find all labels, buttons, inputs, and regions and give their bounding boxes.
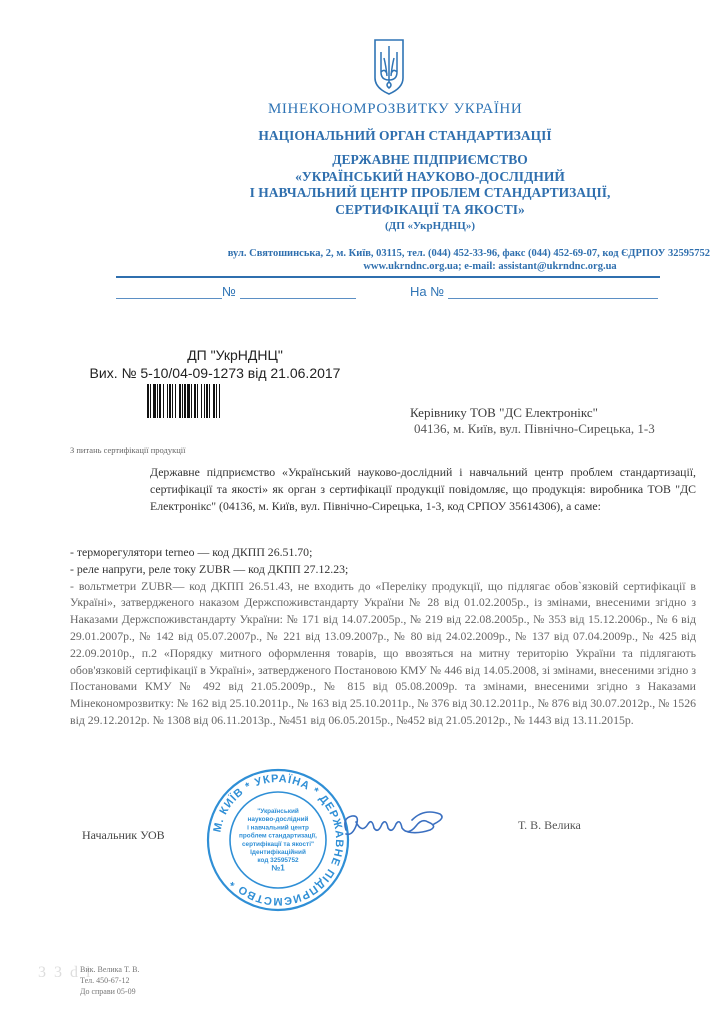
list-item: - терморегулятори terneo — код ДКПП 26.5… — [70, 544, 696, 561]
seal-center-line: №1 — [271, 863, 285, 872]
signatory-position: Начальник УОВ — [82, 828, 165, 843]
seal-center-line: науково-дослідний — [248, 815, 309, 823]
outgoing-number: Вих. № 5-10/04-09-1273 від 21.06.2017 — [70, 364, 360, 382]
barcode — [147, 384, 291, 418]
reply-number-field: На № — [410, 284, 658, 299]
address-block: вул. Святошинська, 2, м. Київ, 03115, те… — [90, 247, 710, 273]
body-intro: Державне підприємство «Український науко… — [70, 464, 696, 514]
seal-center-line: проблем стандартизації, — [239, 832, 317, 840]
intro-paragraph: Державне підприємство «Український науко… — [70, 464, 696, 514]
seal-center-line: Ідентифікаційний — [250, 848, 306, 856]
executor-line: Вик. Велика Т. В. — [80, 964, 139, 975]
number-field: № — [116, 284, 356, 299]
outgoing-stamp: ДП "УкрНДНЦ" Вих. № 5-10/04-09-1273 від … — [110, 346, 360, 382]
seal-center-line: і навчальний центр — [247, 823, 309, 831]
signature-icon — [338, 800, 448, 850]
recipient-line-1: Керівнику ТОВ "ДС Електронікс" — [410, 405, 598, 420]
national-body-name: НАЦІОНАЛЬНИЙ ОРГАН СТАНДАРТИЗАЦІЇ — [100, 128, 710, 144]
web-email: www.ukrndnc.org.ua; e-mail: assistant@uk… — [90, 260, 710, 273]
seal-center-line: "Український — [257, 807, 299, 815]
recipient-block: Керівнику ТОВ "ДС Електронікс" 04136, м.… — [410, 405, 655, 437]
org-line: «УКРАЇНСЬКИЙ НАУКОВО-ДОСЛІДНИЙ — [90, 169, 723, 186]
org-line: ДЕРЖАВНЕ ПІДПРИЄМСТВО — [90, 152, 723, 169]
subject-line: З питань сертифікації продукції — [70, 445, 186, 455]
signatory-name: Т. В. Велика — [518, 818, 581, 833]
ministry-name: МІНЕКОНОМРОЗВИТКУ УКРАЇНИ — [268, 101, 568, 118]
list-item: - вольтметри ZUBR— код ДКПП 26.51.43, не… — [70, 578, 696, 729]
recipient-line-2: 04136, м. Київ, вул. Північно-Сирецька, … — [410, 421, 655, 437]
executor-line: До справи 05-09 — [80, 986, 139, 997]
reply-label: На № — [410, 284, 444, 299]
number-label: № — [222, 284, 236, 299]
stamp-org: ДП "УкрНДНЦ" — [187, 347, 283, 363]
ukraine-trident-icon — [372, 38, 406, 96]
executor-line: Тел. 450-67-12 — [80, 975, 139, 986]
address: вул. Святошинська, 2, м. Київ, 03115, те… — [228, 248, 710, 259]
product-list: - терморегулятори terneo — код ДКПП 26.5… — [70, 544, 696, 729]
org-line: СЕРТИФІКАЦІЇ ТА ЯКОСТІ» — [90, 202, 723, 219]
org-line: (ДП «УкрНДНЦ») — [90, 218, 723, 235]
organization-name: ДЕРЖАВНЕ ПІДПРИЄМСТВО «УКРАЇНСЬКИЙ НАУКО… — [90, 152, 723, 235]
executor-block: Вик. Велика Т. В. Тел. 450-67-12 До спра… — [80, 964, 139, 997]
list-item: - реле напруги, реле току ZUBR — код ДКП… — [70, 561, 696, 578]
seal-center-line: сертифікації та якості" — [242, 840, 314, 848]
official-seal-icon: М. КИЇВ * УКРАЇНА * ДЕРЖАВНЕ ПІДПРИЄМСТВ… — [203, 765, 353, 915]
header-divider — [116, 276, 660, 278]
org-line: І НАВЧАЛЬНИЙ ЦЕНТР ПРОБЛЕМ СТАНДАРТИЗАЦІ… — [90, 185, 723, 202]
